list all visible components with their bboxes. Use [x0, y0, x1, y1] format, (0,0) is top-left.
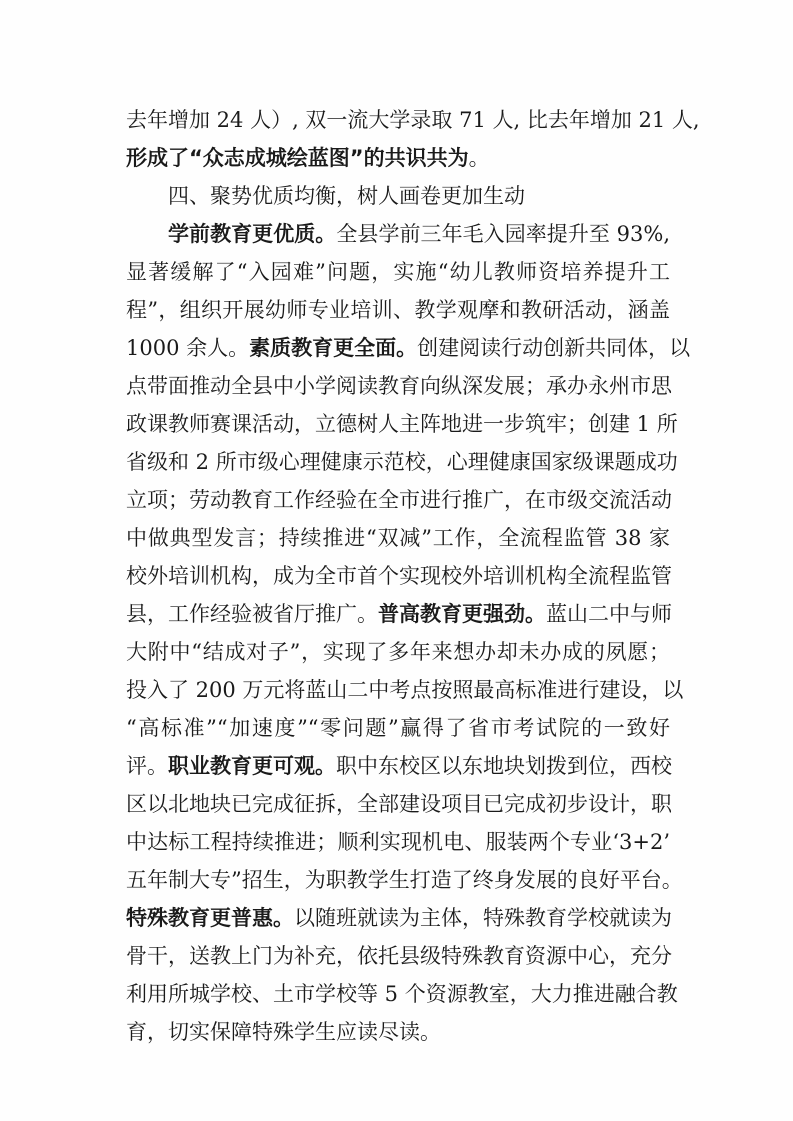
text-line: 评。职业教育更可观。职中东校区以东地块划拨到位，西校	[126, 747, 670, 785]
text-segment: 区以北地块已完成征拆，全部建设项目已完成初步设计，职	[126, 792, 672, 816]
text-segment: 中做典型发言；持续推进“双减”工作，全流程监管 38 家	[126, 526, 670, 550]
text-segment: 校外培训机构，成为全市首个实现校外培训机构全流程监管	[126, 564, 672, 588]
text-line: 省级和 2 所市级心理健康示范校，心理健康国家级课题成功	[126, 443, 670, 481]
text-line: 1000 余人。素质教育更全面。创建阅读行动创新共同体，以	[126, 329, 670, 367]
subheading-high-school: 普高教育更强劲。	[378, 602, 546, 626]
text-line: 投入了 200 万元将蓝山二中考点按照最高标准进行建设，以	[126, 671, 670, 709]
text-segment: 大附中“结成对子”，实现了多年来想办却未办成的夙愿；	[126, 640, 670, 664]
text-line: 中做典型发言；持续推进“双减”工作，全流程监管 38 家	[126, 519, 670, 557]
subheading-vocational: 职业教育更可观。	[168, 754, 336, 778]
text-line: 中达标工程持续推进；顺利实现机电、服装两个专业‘3+2’	[126, 823, 670, 861]
subheading-special-education: 特殊教育更普惠。	[126, 906, 294, 930]
text-segment: 评。	[126, 754, 168, 778]
text-segment: 中达标工程持续推进；顺利实现机电、服装两个专业‘3+2’	[126, 830, 670, 854]
text-segment: “高标准”“加速度”“零问题”赢得了省市考试院的一致好	[126, 716, 670, 740]
text-segment: 利用所城学校、土市学校等 5 个资源教室，大力推进融合教	[126, 982, 678, 1006]
text-segment: 骨干，送教上门为补充，依托县级特殊教育资源中心，充分	[126, 944, 672, 968]
text-line: 点带面推动全县中小学阅读教育向纵深发展；承办永州市思	[126, 367, 670, 405]
document-page: 去年增加 24 人）, 双一流大学录取 71 人, 比去年增加 21 人, 形成…	[0, 0, 793, 1121]
section-heading-4: 四、聚势优质均衡，树人画卷更加生动	[168, 177, 670, 215]
text-line: 立项；劳动教育工作经验在全市进行推广，在市级交流活动	[126, 481, 670, 519]
text-segment: 省级和 2 所市级心理健康示范校，心理健康国家级课题成功	[126, 450, 678, 474]
text-segment: 全县学前三年毛入园率提升至 93%,	[336, 222, 670, 246]
text-line: 区以北地块已完成征拆，全部建设项目已完成初步设计，职	[126, 785, 670, 823]
text-segment: 育，切实保障特殊学生应读尽读。	[126, 1020, 441, 1044]
text-line: 县，工作经验被省厅推广。普高教育更强劲。蓝山二中与师	[126, 595, 670, 633]
text-segment: 1000 余人。	[126, 336, 249, 360]
text-segment: 。	[469, 146, 490, 170]
text-line: 利用所城学校、土市学校等 5 个资源教室，大力推进融合教	[126, 975, 670, 1013]
text-segment: 点带面推动全县中小学阅读教育向纵深发展；承办永州市思	[126, 374, 672, 398]
text-line: 校外培训机构，成为全市首个实现校外培训机构全流程监管	[126, 557, 670, 595]
section-heading-text: 四、聚势优质均衡，树人画卷更加生动	[168, 184, 525, 208]
text-segment: 显著缓解了“入园难”问题，实施“幼儿教师资培养提升工	[126, 260, 670, 284]
text-segment: 职中东校区以东地块划拨到位，西校	[336, 754, 672, 778]
text-line: 五年制大专”招生，为职教学生打造了终身发展的良好平台。	[126, 861, 670, 899]
text-line: 程”，组织开展幼师专业培训、教学观摩和教研活动，涵盖	[126, 291, 670, 329]
text-segment: 五年制大专”招生，为职教学生打造了终身发展的良好平台。	[126, 868, 683, 892]
text-line: 去年增加 24 人）, 双一流大学录取 71 人, 比去年增加 21 人,	[126, 101, 670, 139]
text-segment: 政课教师赛课活动，立德树人主阵地进一步筑牢；创建 1 所	[126, 412, 678, 436]
text-segment: 投入了 200 万元将蓝山二中考点按照最高标准进行建设，以	[126, 678, 683, 702]
text-segment: 程”，组织开展幼师专业培训、教学观摩和教研活动，涵盖	[126, 298, 670, 322]
subheading-quality-education: 素质教育更全面。	[249, 336, 417, 360]
text-line: 大附中“结成对子”，实现了多年来想办却未办成的夙愿；	[126, 633, 670, 671]
text-segment: 立项；劳动教育工作经验在全市进行推广，在市级交流活动	[126, 488, 672, 512]
text-line: 育，切实保障特殊学生应读尽读。	[126, 1013, 670, 1051]
text-line: “高标准”“加速度”“零问题”赢得了省市考试院的一致好	[126, 709, 670, 747]
text-line: 显著缓解了“入园难”问题，实施“幼儿教师资培养提升工	[126, 253, 670, 291]
text-line: 学前教育更优质。全县学前三年毛入园率提升至 93%,	[168, 215, 670, 253]
subheading-preschool: 学前教育更优质。	[168, 222, 336, 246]
text-line: 政课教师赛课活动，立德树人主阵地进一步筑牢；创建 1 所	[126, 405, 670, 443]
text-segment: 蓝山二中与师	[546, 602, 672, 626]
text-segment: 去年增加 24 人）, 双一流大学录取 71 人, 比去年增加 21 人,	[126, 108, 700, 132]
text-segment: 县，工作经验被省厅推广。	[126, 602, 378, 626]
text-segment: 以随班就读为主体，特殊教育学校就读为	[294, 906, 672, 930]
text-line: 骨干，送教上门为补充，依托县级特殊教育资源中心，充分	[126, 937, 670, 975]
bold-phrase: 形成了“众志成城绘蓝图”的共识共为	[126, 146, 469, 170]
text-line: 特殊教育更普惠。以随班就读为主体，特殊教育学校就读为	[126, 899, 670, 937]
text-line: 形成了“众志成城绘蓝图”的共识共为。	[126, 139, 670, 177]
text-segment: 创建阅读行动创新共同体，以	[417, 336, 690, 360]
